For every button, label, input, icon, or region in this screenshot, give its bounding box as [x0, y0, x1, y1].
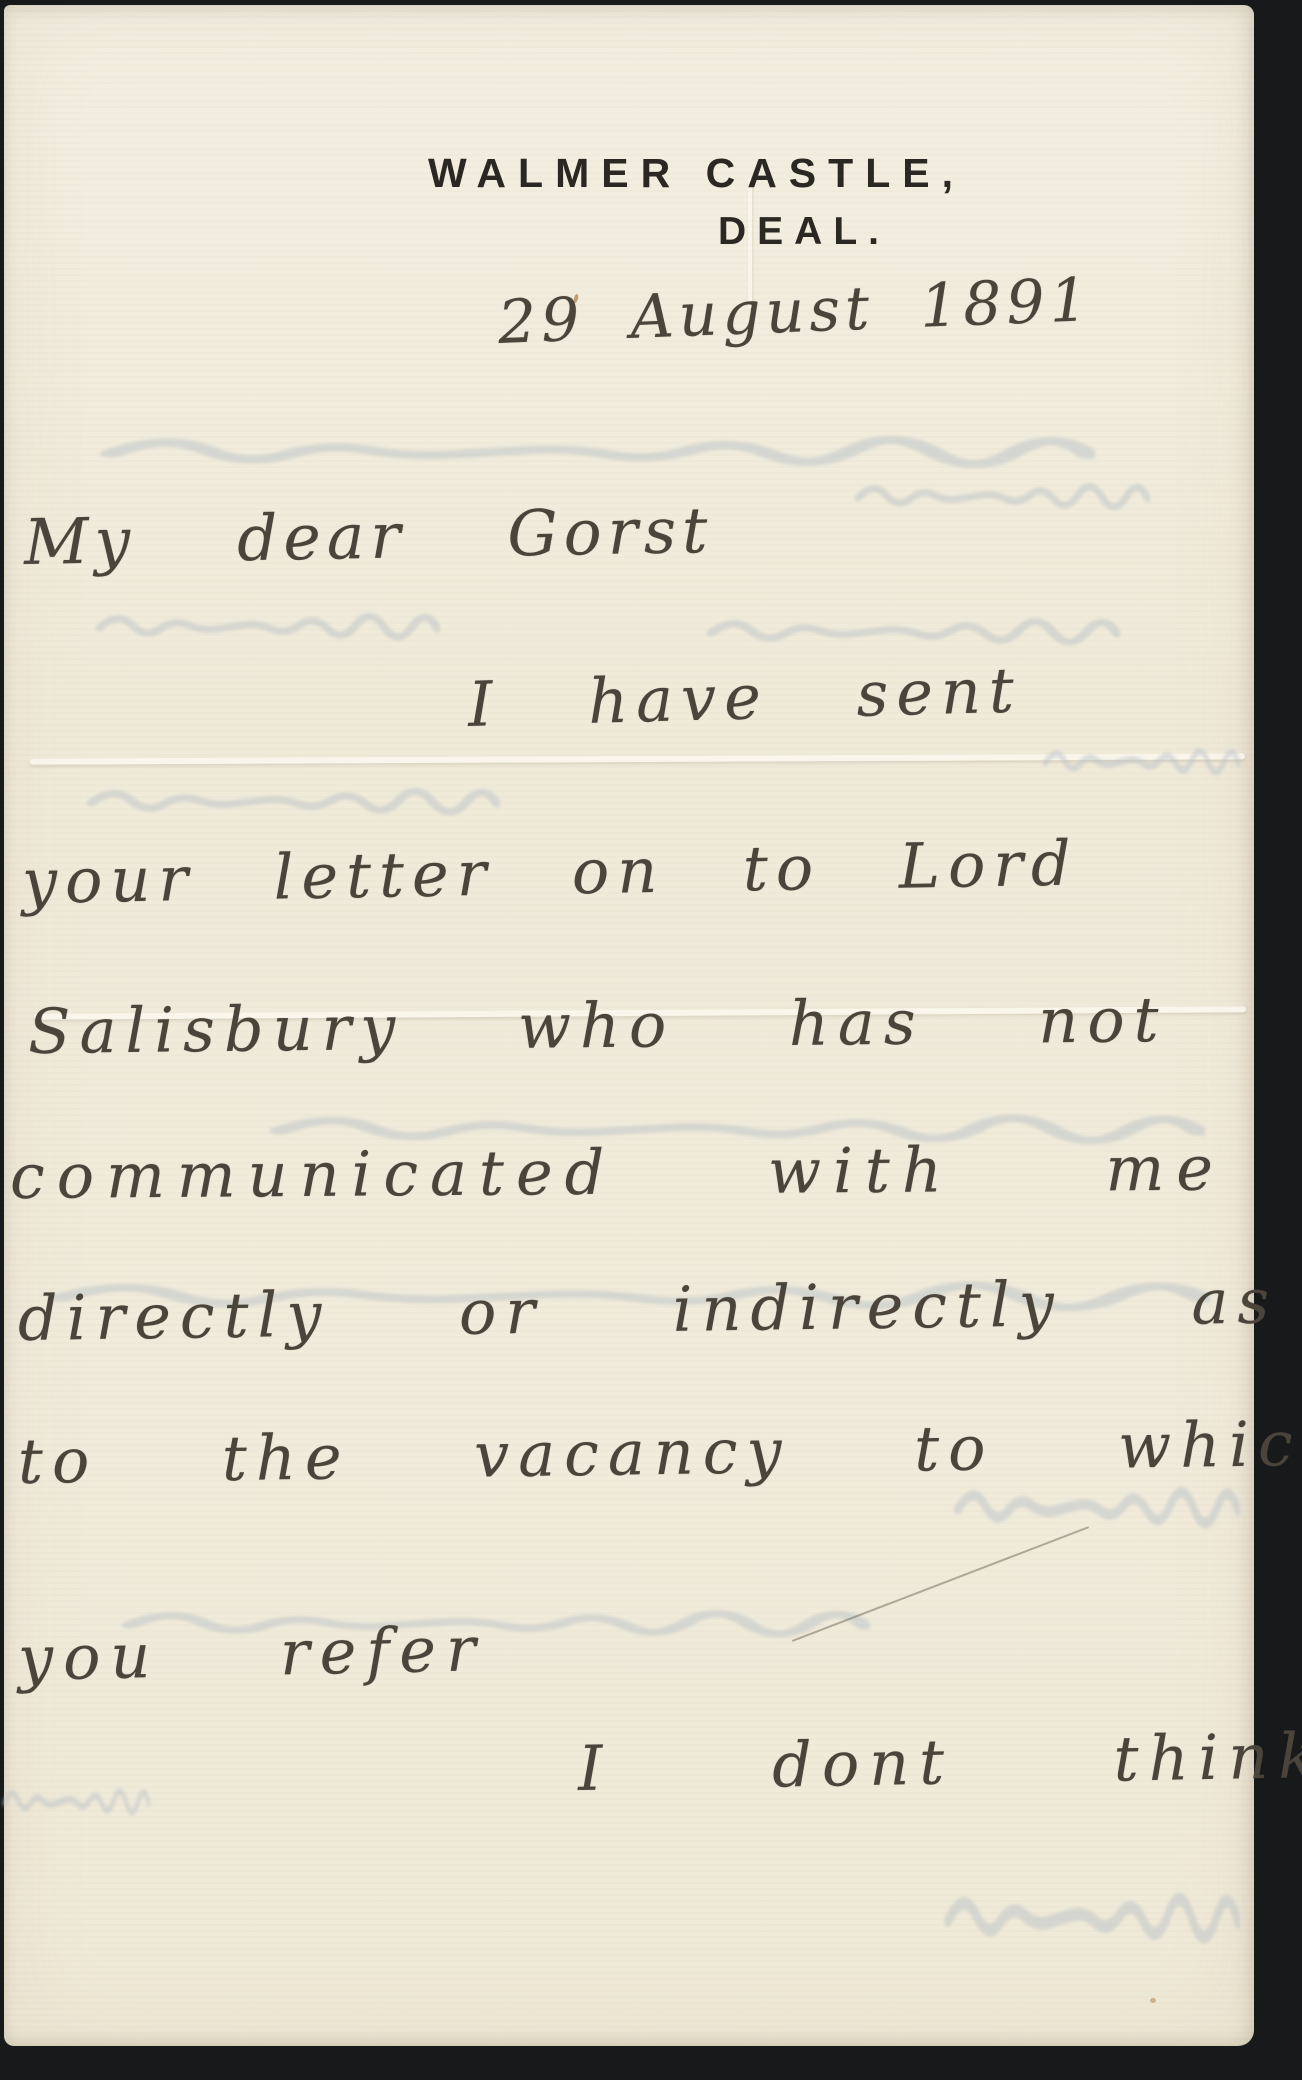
- scanned-letter-page: WALMER CASTLE, DEAL. 29 August 1891 My d…: [0, 0, 1302, 2080]
- foxing-speck: [1150, 1998, 1156, 2003]
- bleed-through-ghost-line: [0, 1770, 150, 1830]
- bleed-through-ghost-line: [90, 595, 440, 655]
- handwritten-body-line: communicated with me: [10, 1132, 1225, 1213]
- letterhead-castle-name: WALMER CASTLE,: [428, 150, 965, 197]
- handwritten-body-line: I dont think: [577, 1719, 1302, 1805]
- bleed-through-ghost-line: [940, 1860, 1240, 1970]
- bleed-through-ghost-line: [80, 770, 500, 830]
- bleed-through-ghost-line: [850, 465, 1150, 525]
- bleed-through-ghost-line: [700, 600, 1120, 660]
- handwritten-body-line: Salisbury who has not: [28, 983, 1168, 1068]
- handwritten-salutation: My dear Gorst: [23, 494, 714, 579]
- bleed-through-ghost-line: [1040, 730, 1240, 790]
- handwritten-body-line: I have sent: [467, 654, 1023, 741]
- letterhead-town-name: DEAL.: [718, 210, 890, 254]
- handwritten-body-line: you refer: [17, 1612, 486, 1695]
